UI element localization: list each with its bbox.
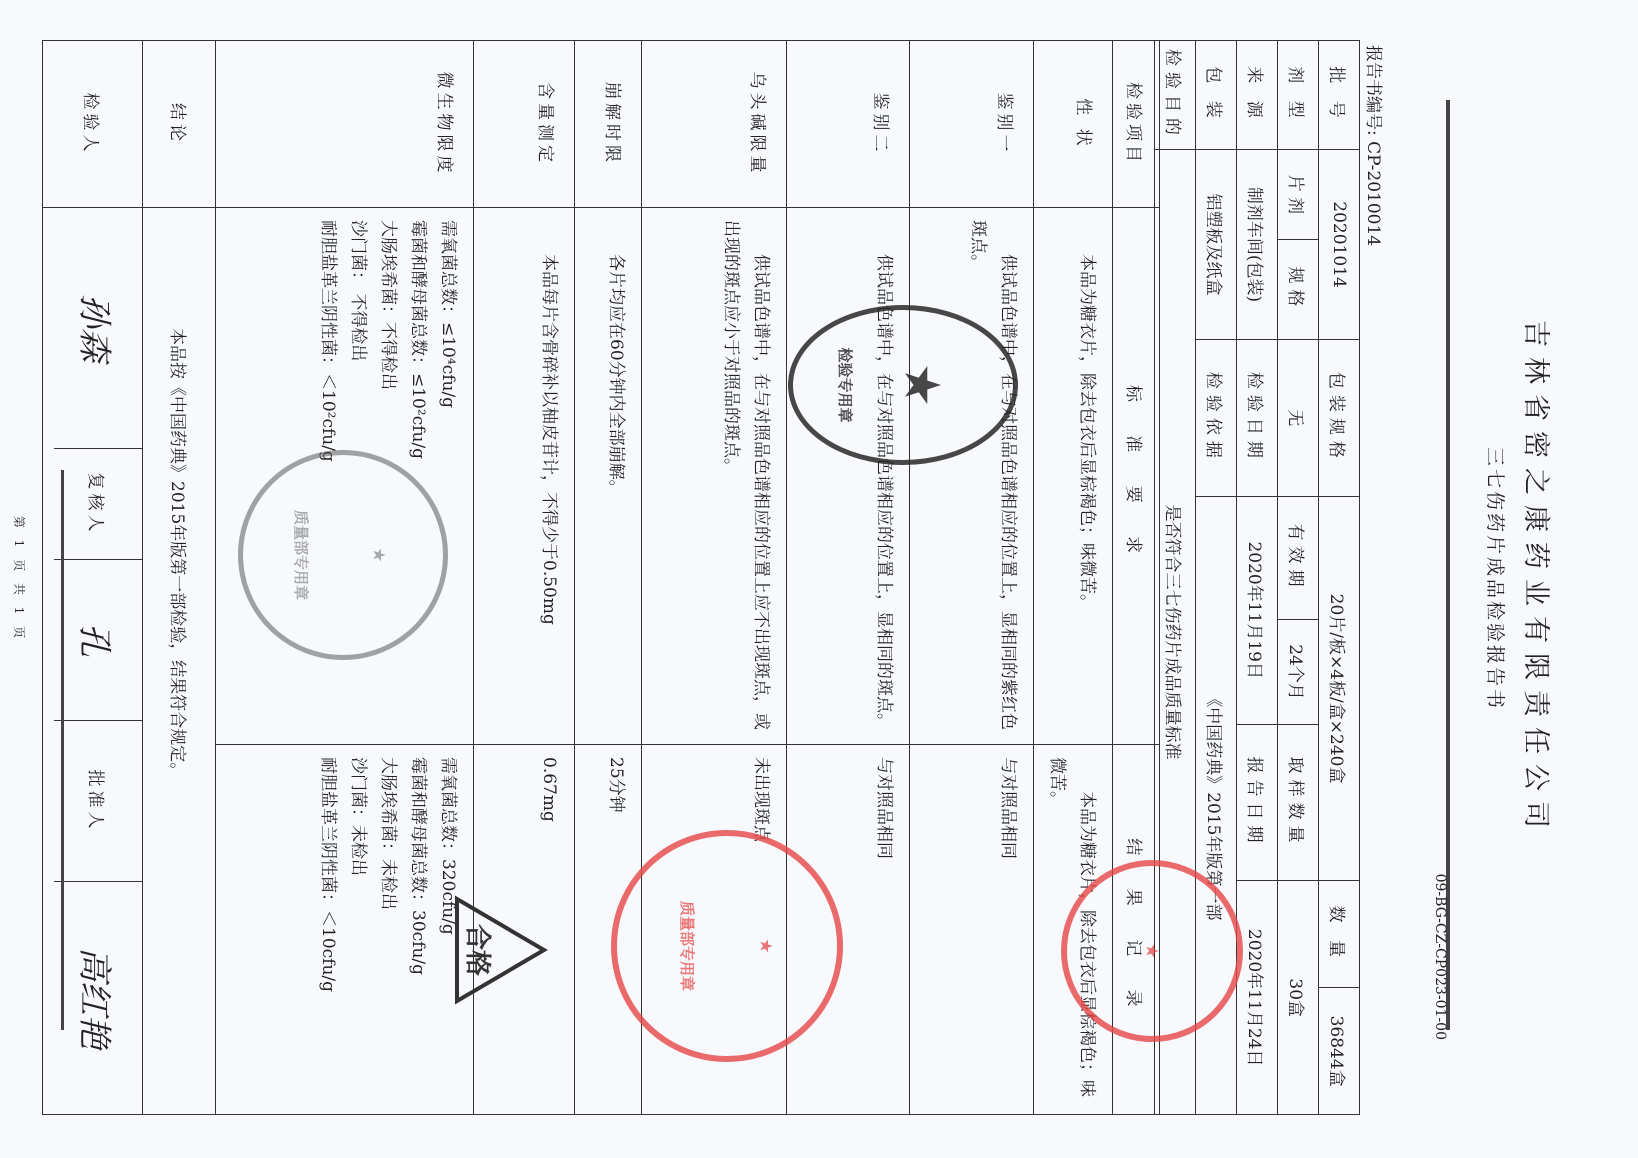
purpose-label: 检验目的 [1155, 41, 1196, 150]
conclusion-label: 结论 [142, 41, 216, 208]
standard-requirement: 供试品色谱中，在与对照品色谱相应的位置上应不出现斑点，或出现的斑点应小于对照品的… [641, 208, 786, 745]
test-date-value: 2020年11月19日 [1237, 496, 1278, 724]
table-row: 鉴别一供试品色谱中，在与对照品色谱相应的位置上，显相同的紫红色斑点。与对照品相同 [910, 41, 1033, 1115]
standard-requirement: 供试品色谱中，在与对照品色谱相应的位置上，显相同的紫红色斑点。 [910, 208, 1033, 745]
qc-stamp-red-text: 质量部专用章 [677, 836, 698, 1056]
standard-line: 供试品色谱中，在与对照品色谱相应的位置上，显相同的斑点。 [869, 220, 899, 736]
conclusion-text: 本品按《中国药典》2015年版第一部检验，结果符合规定。 [142, 208, 216, 1115]
result-line: 沙门菌：未检出 [343, 757, 373, 1106]
result-line: 耐胆盐革兰阴性菌：＜10cfu/g [313, 757, 343, 1106]
report-date-label: 报告日期 [1237, 724, 1278, 881]
page-number: 第 1 页 共 1 页 [11, 0, 28, 1158]
qty-value: 36844盒 [1319, 988, 1360, 1115]
standard-line: 本品每片含骨碎补以柚皮苷计，不得少于0.50mg [534, 220, 564, 736]
results-table: 检验项目 标 准 要 求 结 果 记 录 性 状本品为糖衣片，除去包衣后显棕褐色… [42, 40, 1160, 1115]
form-label: 剂 型 [1278, 41, 1319, 150]
test-item: 含量测定 [473, 41, 574, 208]
source-value: 制剂车间(包装) [1237, 150, 1278, 340]
result-line: 霉菌和酵母菌总数：30cfu/g [403, 757, 433, 1106]
package-value: 铝塑板及纸盒 [1196, 150, 1237, 340]
pass-stamp: 合格 [453, 895, 548, 1005]
sample-qty-label: 取样数量 [1278, 724, 1319, 881]
form-code: 09-BG-CZ-CP023-01-00 [1432, 874, 1448, 1040]
inspection-stamp: ★ 检验专用章 [788, 305, 1018, 465]
signature-row: 检验人 孙森 复核人 孔 批准人 高红艳 [43, 41, 143, 1115]
test-item: 崩解时限 [574, 41, 641, 208]
result-record: 需氧菌总数：320cfu/g霉菌和酵母菌总数：30cfu/g大肠埃希菌：未检出沙… [216, 745, 473, 1115]
test-item: 乌头碱限量 [641, 41, 786, 208]
star-icon: ★ [370, 548, 388, 561]
standard-line: 本品为糖衣片，除去包衣后显棕褐色；味微苦。 [1072, 220, 1102, 736]
source-label: 来 源 [1237, 41, 1278, 150]
approver-label: 批准人 [54, 721, 142, 882]
inspector-signature: 孙森 [54, 208, 142, 449]
col-standard-header: 标 准 要 求 [1113, 208, 1160, 745]
reviewer-label: 复核人 [54, 449, 142, 560]
inspection-stamp-text: 检验专用章 [835, 310, 856, 460]
test-item: 微生物限度 [216, 41, 473, 208]
star-icon: ★ [1145, 944, 1160, 957]
report-number-label: 报告书编号: [1363, 45, 1383, 136]
validity-value: 24个月 [1278, 620, 1319, 724]
qty-label: 数 量 [1319, 881, 1360, 988]
test-item: 鉴别一 [910, 41, 1033, 208]
basis-label: 检验依据 [1196, 340, 1237, 497]
standard-requirement: 本品为糖衣片，除去包衣后显棕褐色；味微苦。 [1033, 208, 1112, 745]
standard-line: 需氧菌总数：≤10⁴cfu/g [433, 220, 463, 736]
report-title: 三七伤药片成品检验报告书 [1483, 0, 1510, 1158]
standard-requirement: 本品每片含骨碎补以柚皮苷计，不得少于0.50mg [473, 208, 574, 745]
batch-value: 20201014 [1319, 150, 1360, 340]
result-line: 大肠埃希菌：未检出 [373, 757, 403, 1106]
approver-signature: 高红艳 [54, 882, 142, 1114]
test-item: 鉴别二 [787, 41, 910, 208]
footer-rule [61, 470, 64, 1030]
sample-qty-value: 30盒 [1278, 881, 1319, 1115]
result-record: 与对照品相同 [910, 745, 1033, 1115]
report-date-value: 2020年11月24日 [1237, 881, 1278, 1115]
star-icon: ★ [896, 365, 947, 404]
report-number: 报告书编号: CP-2010014 [1363, 45, 1388, 246]
pack-spec-value: 20片/板×4板/盒×240盒 [1319, 496, 1360, 881]
standard-line: 各片均应在60分钟内全部崩解。 [601, 220, 631, 736]
pass-stamp-text: 合格 [461, 895, 498, 1005]
standard-requirement: 供试品色谱中，在与对照品色谱相应的位置上，显相同的斑点。 [787, 208, 910, 745]
result-line: 与对照品相同 [993, 757, 1023, 1106]
spec-label: 规格 [1278, 239, 1319, 339]
qc-stamp-red: ★ 质量部专用章 [611, 830, 843, 1062]
test-date-label: 检验日期 [1237, 340, 1278, 497]
reviewer-signature: 孔 [54, 560, 142, 721]
inspector-label: 检验人 [43, 41, 143, 208]
inspection-report-document: 吉林省密之康药业有限责任公司 三七伤药片成品检验报告书 09-BG-CZ-CP0… [0, 0, 1638, 1158]
standard-line: 供试品色谱中，在与对照品色谱相应的位置上，显相同的紫红色斑点。 [963, 220, 1023, 736]
qc-stamp-gray-text: 质量部专用章 [291, 455, 312, 655]
info-row: 剂 型 片 剂 规格 无 有效期 24个月 取样数量 30盒 [1278, 41, 1319, 1115]
standard-line: 供试品色谱中，在与对照品色谱相应的位置上应不出现斑点，或出现的斑点应小于对照品的… [716, 220, 776, 736]
col-item-header: 检验项目 [1113, 41, 1160, 208]
qc-stamp-gray: ★ 质量部专用章 [238, 450, 448, 660]
signature-cells: 孙森 复核人 孔 批准人 高红艳 [43, 208, 143, 1115]
pack-spec-label: 包装规格 [1319, 340, 1360, 497]
star-icon: ★ [757, 939, 775, 952]
result-line: 与对照品相同 [869, 757, 899, 1106]
batch-label: 批 号 [1319, 41, 1360, 150]
validity-label: 有效期 [1278, 496, 1319, 620]
form-value: 片 剂 [1278, 150, 1319, 240]
conclusion-row: 结论 本品按《中国药典》2015年版第一部检验，结果符合规定。 [142, 41, 216, 1115]
company-stamp-red: ★ [1061, 860, 1243, 1042]
report-number-value: CP-2010014 [1363, 141, 1383, 246]
info-row: 批 号 20201014 包装规格 20片/板×4板/盒×240盒 数 量 36… [1319, 41, 1360, 1115]
standard-requirement: 各片均应在60分钟内全部崩解。 [574, 208, 641, 745]
test-item: 性 状 [1033, 41, 1112, 208]
package-label: 包 装 [1196, 41, 1237, 150]
company-name: 吉林省密之康药业有限责任公司 [1519, 0, 1558, 1158]
spec-value: 无 [1278, 340, 1319, 497]
